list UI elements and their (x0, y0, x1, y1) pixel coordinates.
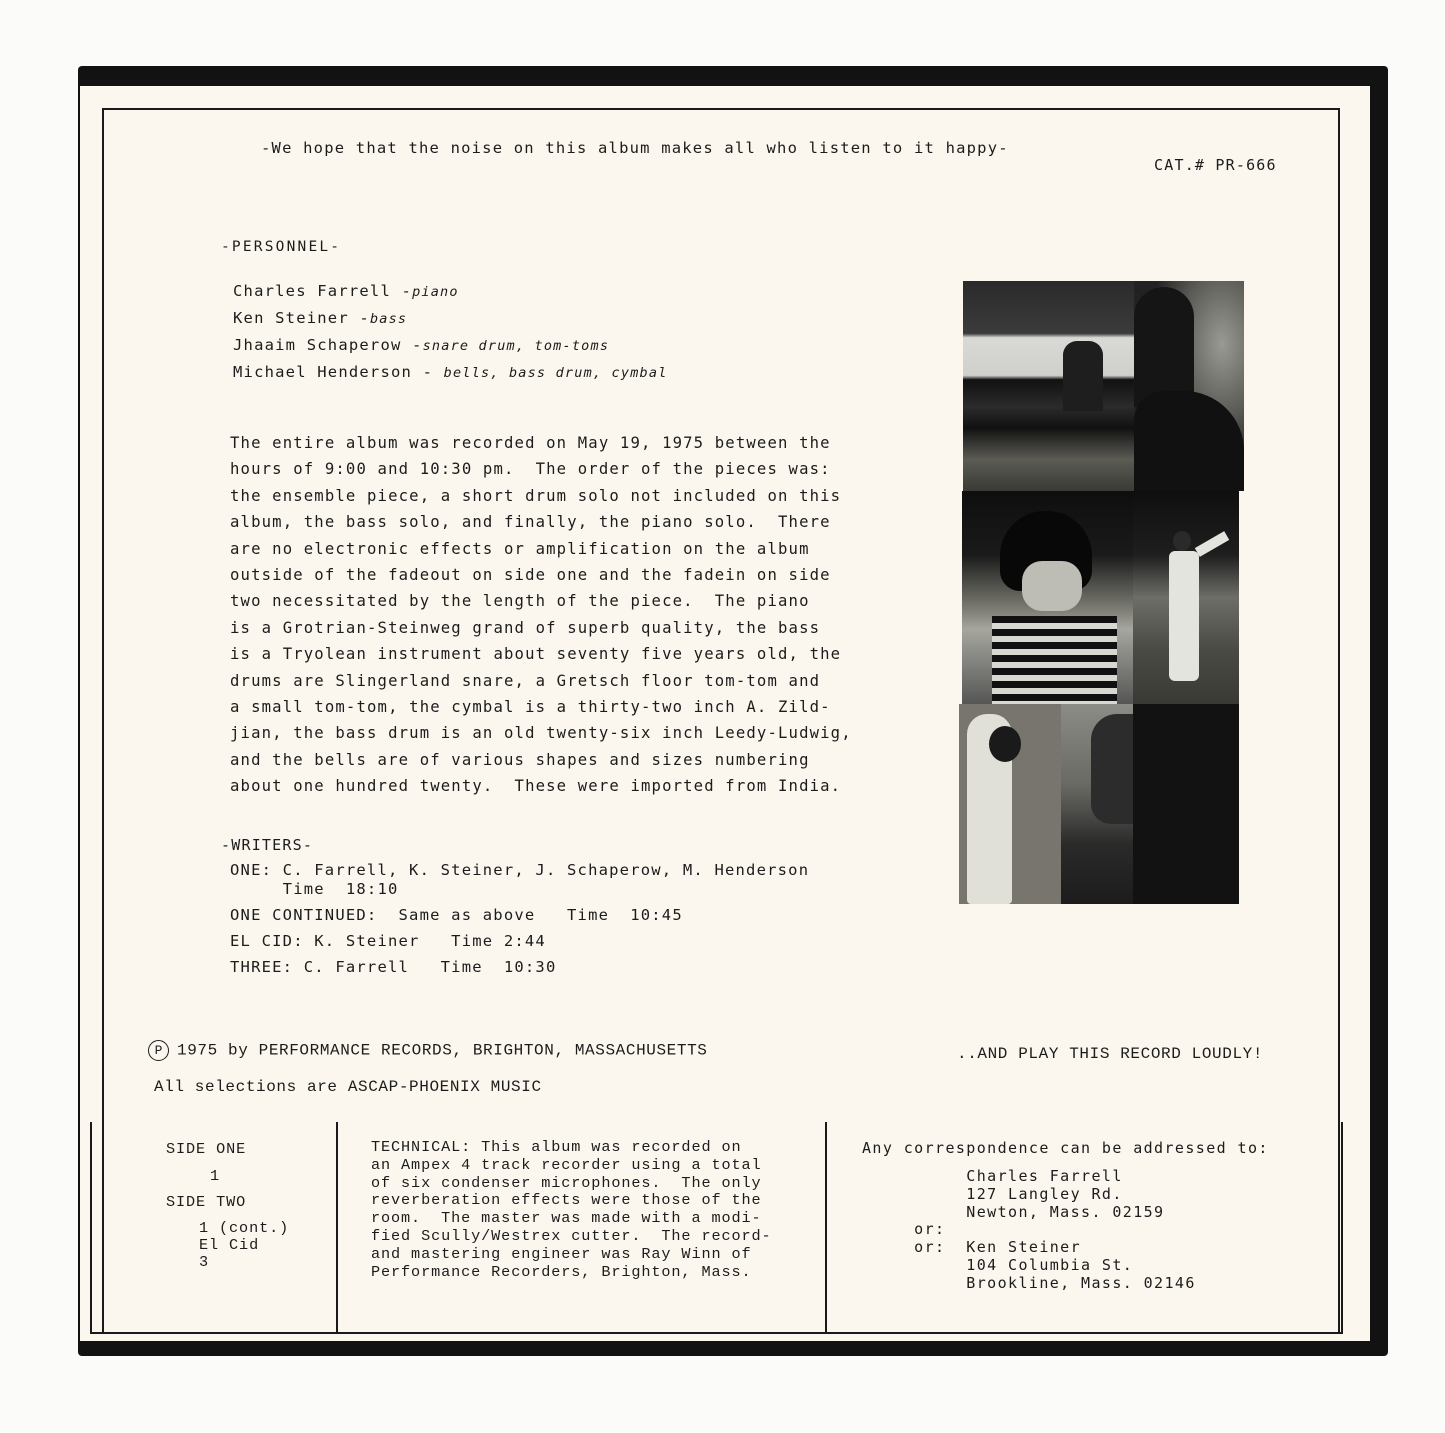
side-two-label: SIDE TWO (166, 1194, 246, 1212)
tagline: ..AND PLAY THIS RECORD LOUDLY! (957, 1045, 1263, 1063)
member-instrument: snare drum, tom-toms (423, 338, 610, 354)
copyright-line: P1975 by PERFORMANCE RECORDS, BRIGHTON, … (148, 1040, 707, 1061)
technical-line: room. The master was made with a modi- (371, 1210, 772, 1228)
notes-line: a small tom-tom, the cymbal is a thirty-… (230, 694, 890, 720)
personnel-member: Jhaaim Schaperow -snare drum, tom-toms (233, 336, 609, 354)
side-one-label: SIDE ONE (166, 1141, 246, 1159)
correspondence-addresses: Charles Farrell 127 Langley Rd. Newton, … (862, 1168, 1196, 1293)
address-line: Newton, Mass. 02159 (862, 1204, 1196, 1222)
photo-child (962, 491, 1133, 704)
photo-bench (963, 281, 1134, 491)
copyright-text: 1975 by PERFORMANCE RECORDS, BRIGHTON, M… (177, 1042, 707, 1060)
notes-line: outside of the fadeout on side one and t… (230, 562, 890, 588)
separator: - (391, 282, 412, 300)
side-one-track: 1 (210, 1168, 220, 1186)
technical-line: and mastering engineer was Ray Winn of (371, 1246, 772, 1264)
photo-head-back (1134, 281, 1244, 491)
member-instrument: bass (370, 311, 407, 327)
address-line: Brookline, Mass. 02146 (862, 1275, 1196, 1293)
technical-line: of six condenser microphones. The only (371, 1175, 772, 1193)
publishing-line: All selections are ASCAP-PHOENIX MUSIC (154, 1078, 542, 1096)
writer-entry: THREE: C. Farrell Time 10:30 (230, 958, 557, 976)
catalog-number: CAT.# PR-666 (1154, 156, 1277, 174)
notes-line: are no electronic effects or amplificati… (230, 536, 890, 562)
address-line: or: (862, 1221, 1196, 1239)
technical-notes: TECHNICAL: This album was recorded onan … (371, 1139, 772, 1281)
member-instrument: bells, bass drum, cymbal (444, 365, 668, 381)
personnel-member: Michael Henderson - bells, bass drum, cy… (233, 363, 668, 381)
notes-line: and the bells are of various shapes and … (230, 747, 890, 773)
separator: - (402, 336, 423, 354)
notes-line: about one hundred twenty. These were imp… (230, 773, 890, 799)
notes-line: hours of 9:00 and 10:30 pm. The order of… (230, 456, 890, 482)
notes-line: is a Tryolean instrument about seventy f… (230, 641, 890, 667)
notes-line: The entire album was recorded on May 19,… (230, 430, 890, 456)
member-name: Michael Henderson (233, 363, 412, 381)
photo-dark-shoulder (1133, 704, 1239, 904)
technical-line: an Ampex 4 track recorder using a total (371, 1157, 772, 1175)
technical-line: fied Scully/Westrex cutter. The record- (371, 1228, 772, 1246)
liner-notes: The entire album was recorded on May 19,… (230, 430, 890, 800)
side-two-track: 3 (199, 1254, 209, 1272)
photo-man-in-white (1133, 491, 1239, 704)
technical-line: reverberation effects were those of the (371, 1192, 772, 1210)
writer-entry: Time 18:10 (230, 880, 399, 898)
personnel-member: Ken Steiner -bass (233, 309, 407, 327)
address-line: Charles Farrell (862, 1168, 1196, 1186)
notes-line: album, the bass solo, and finally, the p… (230, 509, 890, 535)
personnel-member: Charles Farrell -piano (233, 282, 459, 300)
writer-entry: ONE CONTINUED: Same as above Time 10:45 (230, 906, 683, 924)
member-name: Charles Farrell (233, 282, 391, 300)
technical-line: TECHNICAL: This album was recorded on (371, 1139, 772, 1157)
address-line: or: Ken Steiner (862, 1239, 1196, 1257)
writer-entry: ONE: C. Farrell, K. Steiner, J. Schapero… (230, 861, 809, 879)
notes-line: the ensemble piece, a short drum solo no… (230, 483, 890, 509)
motto: -We hope that the noise on this album ma… (261, 139, 1009, 157)
notes-line: is a Grotrian-Steinweg grand of superb q… (230, 615, 890, 641)
notes-line: drums are Slingerland snare, a Gretsch f… (230, 668, 890, 694)
personnel-heading: -PERSONNEL- (221, 239, 341, 255)
divider (336, 1122, 338, 1334)
separator: - (349, 309, 370, 327)
writers-heading: -WRITERS- (221, 836, 313, 854)
phonogram-icon: P (148, 1040, 169, 1061)
member-name: Jhaaim Schaperow (233, 336, 402, 354)
photo-woman-in-white (959, 704, 1061, 904)
separator: - (412, 363, 444, 381)
writer-entry: EL CID: K. Steiner Time 2:44 (230, 932, 546, 950)
divider (825, 1122, 827, 1334)
address-line: 104 Columbia St. (862, 1257, 1196, 1275)
notes-line: two necessitated by the length of the pi… (230, 588, 890, 614)
member-name: Ken Steiner (233, 309, 349, 327)
correspondence-intro: Any correspondence can be addressed to: (862, 1140, 1269, 1158)
notes-line: jian, the bass drum is an old twenty-six… (230, 720, 890, 746)
address-line: 127 Langley Rd. (862, 1186, 1196, 1204)
member-instrument: piano (412, 284, 459, 300)
photo-bald-profile (1061, 704, 1133, 904)
technical-line: Performance Recorders, Brighton, Mass. (371, 1264, 772, 1282)
